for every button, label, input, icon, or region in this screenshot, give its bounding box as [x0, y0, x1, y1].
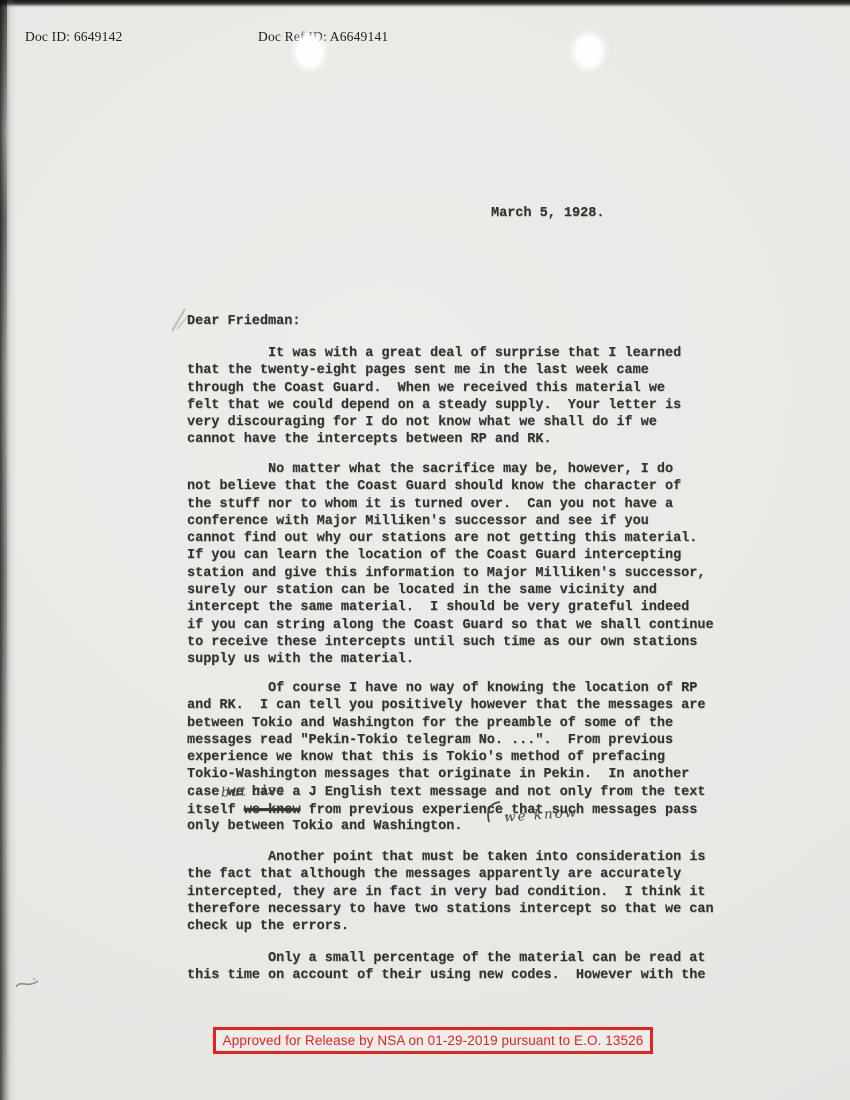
handwritten-we-know-text: we know — [504, 804, 579, 825]
doc-ref-id-label: Doc Ref ID: A6649141 — [258, 29, 388, 45]
corrected-line-before: itself — [187, 803, 244, 818]
handwritten-insertion-we-know: we know — [484, 800, 578, 826]
letter-date: March 5, 1928. — [491, 205, 604, 222]
approval-stamp: Approved for Release by NSA on 01-29-201… — [213, 1027, 653, 1054]
approval-stamp-text: Approved for Release by NSA on 01-29-201… — [223, 1033, 644, 1048]
struck-text: we know — [244, 803, 301, 818]
paragraph-4: Another point that must be taken into co… — [187, 849, 714, 935]
doc-id-label: Doc ID: 6649142 — [25, 29, 123, 45]
salutation: Dear Friedman: — [187, 313, 300, 330]
scan-edge-top — [0, 0, 850, 8]
insertion-arrow-icon — [484, 800, 502, 826]
pen-squiggle-mark — [14, 976, 40, 992]
paragraph-2: No matter what the sacrifice may be, how… — [187, 461, 714, 669]
paragraph-5: Only a small percentage of the material … — [187, 950, 705, 985]
paragraph-1: It was with a great deal of surprise tha… — [187, 345, 681, 449]
scanned-letter-page: Doc ID: 6649142 Doc Ref ID: A6649141 Mar… — [0, 0, 850, 1100]
punch-hole — [296, 36, 323, 67]
scan-edge-left — [0, 0, 16, 1100]
corrected-line-mid: from previous experience — [300, 803, 503, 818]
paragraph-3-corrected-line: itself we know from previous experience,… — [187, 801, 697, 819]
punch-hole — [575, 36, 602, 67]
paragraph-3-last-line: only between Tokio and Washington. — [187, 818, 462, 835]
